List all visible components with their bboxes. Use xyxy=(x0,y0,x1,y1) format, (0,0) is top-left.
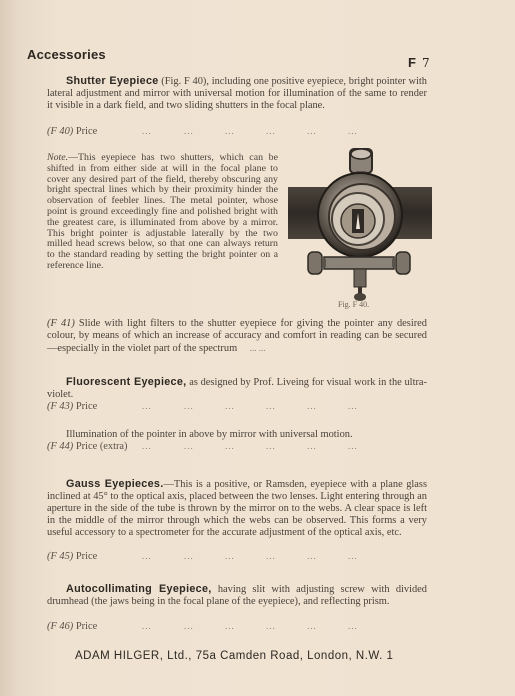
figure-caption: Fig. F 40. xyxy=(338,300,369,309)
note-block: Note.—This eyepiece has two shutters, wh… xyxy=(47,153,278,272)
page-number-value: 7 xyxy=(422,56,430,70)
gauss-eyepieces-paragraph: Gauss Eyepieces.—This is a positive, or … xyxy=(47,478,427,539)
price-line-f46: (F 46) Price ... ... ... ... ... ... xyxy=(47,621,427,634)
leader-dots: ... xyxy=(307,401,317,411)
leader-dots: ... xyxy=(184,401,194,411)
leader-dots: ... xyxy=(348,401,358,411)
gauss-eyepieces-heading: Gauss Eyepieces. xyxy=(66,478,164,490)
note-paragraph: Note.—This eyepiece has two shutters, wh… xyxy=(47,153,278,272)
leader-dots: ... xyxy=(348,551,358,561)
leader-dots: ... ... xyxy=(250,343,266,353)
catalogue-page: Accessories F7 Shutter Eyepiece (Fig. F … xyxy=(0,0,515,696)
illumination-note: Illumination of the pointer in above by … xyxy=(66,429,436,441)
leader-dots: ... xyxy=(307,441,317,451)
leader-dots: ... xyxy=(225,441,235,451)
leader-dots: ... xyxy=(307,126,317,136)
price-label: Price xyxy=(76,551,97,562)
leader-dots: ... xyxy=(184,621,194,631)
leader-dots: ... xyxy=(225,551,235,561)
leader-dots: ... xyxy=(266,441,276,451)
catalogue-code: (F 43) xyxy=(47,401,73,412)
leader-dots: ... xyxy=(142,621,152,631)
price-label: Price xyxy=(76,401,97,412)
note-text: —This eyepiece has two shutters, which c… xyxy=(47,152,278,271)
note-label: Note. xyxy=(47,152,68,163)
leader-dots: ... xyxy=(348,126,358,136)
price-line-f44: (F 44) Price (extra) ... ... ... ... ...… xyxy=(47,441,427,454)
leader-dots: ... xyxy=(225,621,235,631)
catalogue-code: (F 40) xyxy=(47,126,73,137)
leader-dots: ... xyxy=(348,621,358,631)
leader-dots: ... xyxy=(266,401,276,411)
catalogue-code: (F 41) xyxy=(47,318,75,329)
leader-dots: ... xyxy=(348,441,358,451)
price-label: Price xyxy=(76,621,97,632)
leader-dots: ... xyxy=(184,126,194,136)
slide-filters-text: Slide with light filters to the shutter … xyxy=(47,318,427,354)
shutter-eyepiece-heading: Shutter Eyepiece xyxy=(66,75,159,87)
leader-dots: ... xyxy=(266,551,276,561)
leader-dots: ... xyxy=(225,126,235,136)
leader-dots: ... xyxy=(142,551,152,561)
price-label: Price xyxy=(76,126,97,137)
autocollimating-eyepiece-heading: Autocollimating Eyepiece, xyxy=(66,583,212,595)
leader-dots: ... xyxy=(142,441,152,451)
price-label: Price (extra) xyxy=(76,441,128,452)
fluorescent-eyepiece-heading: Fluorescent Eyepiece, xyxy=(66,376,186,388)
leader-dots: ... xyxy=(266,621,276,631)
publisher-imprint: ADAM HILGER, Ltd., 75a Camden Road, Lond… xyxy=(75,650,393,662)
leader-dots: ... xyxy=(266,126,276,136)
page-number: F7 xyxy=(408,55,430,70)
page-letter: F xyxy=(408,55,416,70)
leader-dots: ... xyxy=(307,551,317,561)
catalogue-code: (F 44) xyxy=(47,441,73,452)
leader-dots: ... xyxy=(184,441,194,451)
leader-dots: ... xyxy=(142,401,152,411)
price-line-f43: (F 43) Price ... ... ... ... ... ... xyxy=(47,401,427,414)
leader-dots: ... xyxy=(307,621,317,631)
price-line-f40: (F 40) Price ... ... ... ... ... ... xyxy=(47,126,427,139)
fluorescent-eyepiece-paragraph: Fluorescent Eyepiece, as designed by Pro… xyxy=(47,376,427,401)
autocollimating-eyepiece-paragraph: Autocollimating Eyepiece, having slit wi… xyxy=(47,583,427,608)
leader-dots: ... xyxy=(225,401,235,411)
catalogue-code: (F 46) xyxy=(47,621,73,632)
section-title: Accessories xyxy=(27,47,106,62)
shutter-eyepiece-illustration-icon xyxy=(286,145,434,305)
catalogue-code: (F 45) xyxy=(47,551,73,562)
leader-dots: ... xyxy=(184,551,194,561)
shutter-eyepiece-paragraph: Shutter Eyepiece (Fig. F 40), including … xyxy=(47,75,427,112)
leader-dots: ... xyxy=(142,126,152,136)
price-line-f45: (F 45) Price ... ... ... ... ... ... xyxy=(47,551,427,564)
slide-filters-paragraph: (F 41) Slide with light filters to the s… xyxy=(47,318,427,355)
